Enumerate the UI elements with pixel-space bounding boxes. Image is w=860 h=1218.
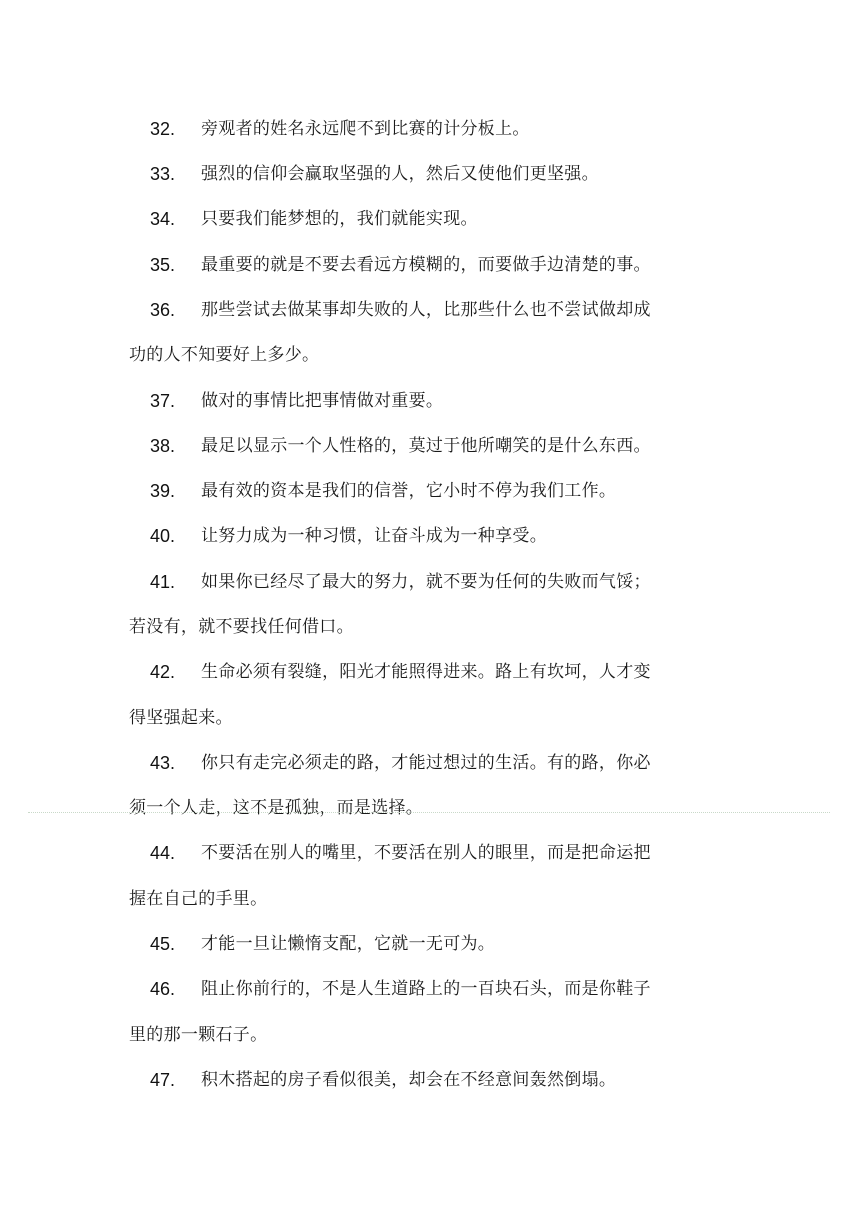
item-text: 旁观者的姓名永远爬不到比赛的计分板上。 xyxy=(201,118,530,140)
item-text: 积木搭起的房子看似很美，却会在不经意间轰然倒塌。 xyxy=(201,1069,616,1091)
item-number: 33. xyxy=(150,163,175,185)
item-number: 32. xyxy=(150,118,175,140)
item-text: 最足以显示一个人性格的，莫过于他所嘲笑的是什么东西。 xyxy=(201,435,651,457)
item-text: 做对的事情比把事情做对重要。 xyxy=(201,390,443,412)
item-number: 40. xyxy=(150,525,175,547)
item-text: 那些尝试去做某事却失败的人，比那些什么也不尝试做却成 xyxy=(201,299,651,321)
item-text: 生命必须有裂缝，阳光才能照得进来。路上有坎坷，人才变 xyxy=(201,661,651,683)
item-text-continuation: 功的人不知要好上多少。 xyxy=(129,344,319,366)
item-text: 最有效的资本是我们的信誉，它小时不停为我们工作。 xyxy=(201,480,616,502)
item-number: 47. xyxy=(150,1069,175,1091)
item-text: 强烈的信仰会赢取坚强的人，然后又使他们更坚强。 xyxy=(201,163,599,185)
item-number: 37. xyxy=(150,390,175,412)
item-number: 39. xyxy=(150,480,175,502)
item-number: 44. xyxy=(150,842,175,864)
item-text-continuation: 须一个人走，这不是孤独，而是选择。 xyxy=(129,797,423,819)
item-number: 43. xyxy=(150,752,175,774)
item-number: 42. xyxy=(150,661,175,683)
item-text-continuation: 握在自己的手里。 xyxy=(129,888,267,910)
item-number: 34. xyxy=(150,208,175,230)
item-text: 最重要的就是不要去看远方模糊的，而要做手边清楚的事。 xyxy=(201,254,651,276)
item-text: 你只有走完必须走的路，才能过想过的生活。有的路，你必 xyxy=(201,752,651,774)
item-number: 41. xyxy=(150,571,175,593)
item-text: 才能一旦让懒惰支配，它就一无可为。 xyxy=(201,933,495,955)
page-break-divider xyxy=(28,812,830,813)
item-text: 如果你已经尽了最大的努力，就不要为任何的失败而气馁； xyxy=(201,571,651,593)
item-number: 46. xyxy=(150,978,175,1000)
item-text-continuation: 得坚强起来。 xyxy=(129,707,233,729)
item-text-continuation: 若没有，就不要找任何借口。 xyxy=(129,616,354,638)
item-number: 35. xyxy=(150,254,175,276)
item-number: 38. xyxy=(150,435,175,457)
item-text: 只要我们能梦想的，我们就能实现。 xyxy=(201,208,478,230)
item-number: 45. xyxy=(150,933,175,955)
item-text: 阻止你前行的，不是人生道路上的一百块石头，而是你鞋子 xyxy=(201,978,651,1000)
item-text-continuation: 里的那一颗石子。 xyxy=(129,1024,267,1046)
item-text: 不要活在别人的嘴里，不要活在别人的眼里，而是把命运把 xyxy=(201,842,651,864)
item-number: 36. xyxy=(150,299,175,321)
document-page: 32. 旁观者的姓名永远爬不到比赛的计分板上。 33. 强烈的信仰会赢取坚强的人… xyxy=(0,0,860,1218)
item-text: 让努力成为一种习惯，让奋斗成为一种享受。 xyxy=(201,525,547,547)
